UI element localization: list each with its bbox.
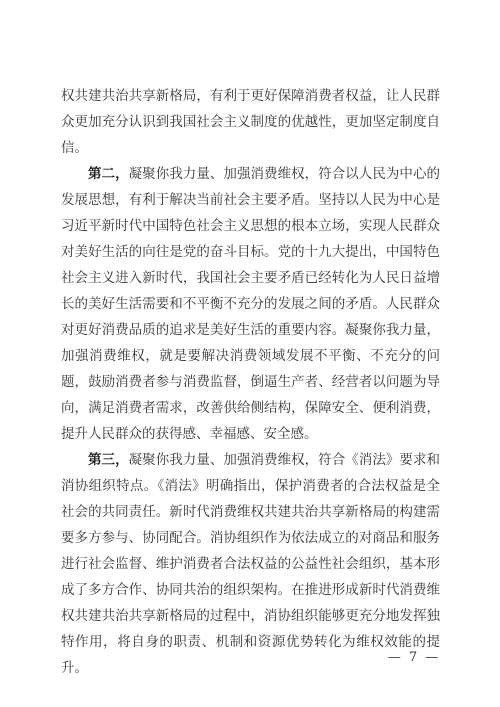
document-body: 权共建共治共享新格局，有利于更好保障消费者权益，让人民群众更加充分认识到我国社会… (61, 83, 440, 681)
paragraph-text: 凝聚你我力量、加强消费维权，符合以人民为中心的发展思想，有利于解决当前社会主要矛… (61, 166, 440, 442)
paragraph-lead: 第二， (88, 166, 129, 182)
paragraph-text: 凝聚你我力量、加强消费维权，符合《消法》要求和消协组织特点。《消法》明确指出，保… (61, 452, 440, 676)
page-number: — 7 — (385, 650, 443, 665)
paragraph: 第二，凝聚你我力量、加强消费维权，符合以人民为中心的发展思想，有利于解决当前社会… (61, 161, 440, 447)
document-page: 权共建共治共享新格局，有利于更好保障消费者权益，让人民群众更加充分认识到我国社会… (0, 0, 500, 707)
paragraph-text: 权共建共治共享新格局，有利于更好保障消费者权益，让人民群众更加充分认识到我国社会… (61, 88, 440, 156)
paragraph: 权共建共治共享新格局，有利于更好保障消费者权益，让人民群众更加充分认识到我国社会… (61, 83, 440, 161)
paragraph-lead: 第三， (88, 452, 129, 468)
paragraph: 第三，凝聚你我力量、加强消费维权，符合《消法》要求和消协组织特点。《消法》明确指… (61, 447, 440, 681)
